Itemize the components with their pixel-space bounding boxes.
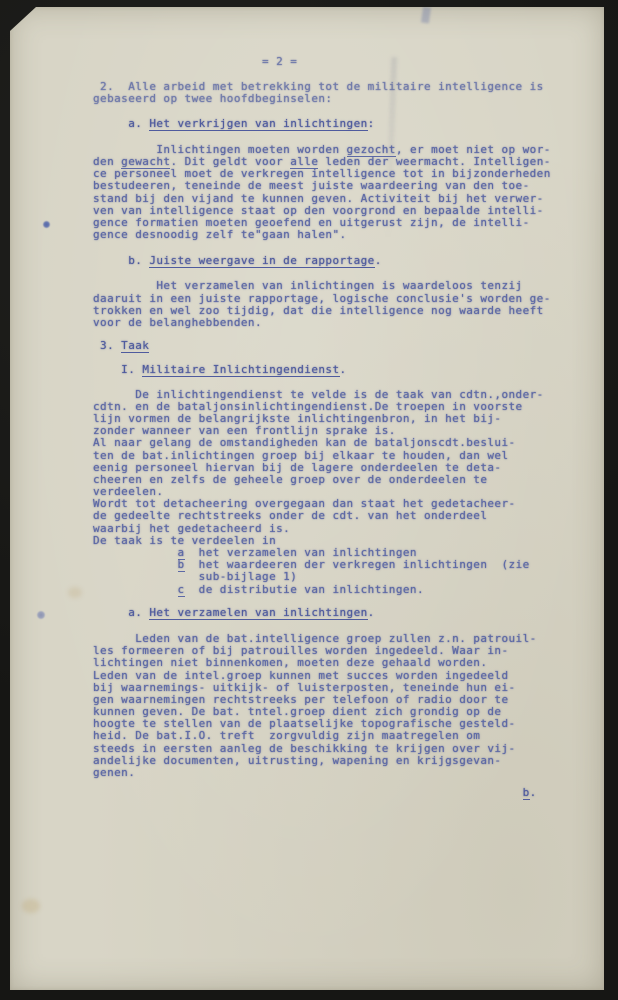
text-line: hoogte te stellen van de plaatselijke to… — [93, 717, 596, 729]
text-line: den gewacht. Dit geldt voor alle leden d… — [93, 155, 596, 167]
text-segment: gen waarnemingen rechtstreeks per telefo… — [93, 693, 509, 706]
text-line: De taak is te verdeelen in — [93, 534, 596, 546]
text-line: b het waardeeren der verkregen inlichtin… — [93, 558, 596, 570]
text-segment: . — [375, 254, 382, 267]
text-line: zonder wanneer van een frontlijn sprake … — [93, 424, 596, 436]
text-segment: steeds in eersten aanleg de beschikking … — [93, 742, 516, 755]
text-segment: ten de bat.inlichtingen groep bij elkaar… — [93, 449, 509, 462]
text-segment: daaruit in een juiste rapportage, logisc… — [93, 292, 551, 305]
text-line: Inlichtingen moeten worden gezocht, er m… — [93, 143, 596, 155]
text-segment: Inlichtingen moeten worden — [93, 143, 347, 156]
text-segment: voor de belanghebbenden. — [93, 316, 262, 329]
text-segment: waarbij het gedetacheerd is. — [93, 522, 290, 535]
text-segment: de distributie van inlichtingen. — [185, 583, 424, 596]
text-line: De inlichtingendienst te velde is de taa… — [93, 388, 596, 400]
text-line: c de distributie van inlichtingen. — [93, 583, 596, 595]
underlined-text: Juiste weergave in de rapportage — [149, 254, 374, 268]
text-line: 2. Alle arbeid met betrekking tot de mil… — [93, 80, 596, 92]
text-line: eenig personeel hiervan bij de lagere on… — [93, 461, 596, 473]
text-line: Het verzamelen van inlichtingen is waard… — [93, 279, 596, 291]
text-line: Wordt tot detacheering overgegaan dan st… — [93, 497, 596, 509]
text-segment: lichtingen niet binnenkomen, moeten deze… — [93, 656, 487, 669]
text-line: Al naar gelang de omstandigheden kan de … — [93, 436, 596, 448]
text-line: gence formatien moeten geoefend en uitge… — [93, 216, 596, 228]
underlined-text: Taak — [121, 339, 149, 353]
text-segment: andelijke documenten, uitrusting, wapeni… — [93, 754, 501, 767]
text-segment: lijn vormen de belangrijkste inlichtinge… — [93, 412, 501, 425]
text-line: ten de bat.inlichtingen groep bij elkaar… — [93, 449, 596, 461]
text-line: 3. Taak — [93, 339, 596, 351]
text-line: b. — [93, 786, 596, 798]
text-segment: 3. — [93, 339, 121, 352]
text-line: les formeeren of bij patrouilles worden … — [93, 644, 596, 656]
text-line: b. Juiste weergave in de rapportage. — [93, 254, 596, 266]
document-page: = 2 = 2. Alle arbeid met betrekking tot … — [10, 7, 604, 990]
text-line: verdeelen. — [93, 485, 596, 497]
text-line: a. Het verzamelen van inlichtingen. — [93, 606, 596, 618]
text-segment: sub-bijlage 1) — [93, 570, 297, 583]
text-segment: gence desnoodig zelf te"gaan halen". — [93, 228, 347, 241]
text-line: lichtingen niet binnenkomen, moeten deze… — [93, 656, 596, 668]
doc-block-heading: 3. Taak — [93, 339, 596, 351]
text-line: bij waarnemings- uitkijk- of luisterpost… — [93, 681, 596, 693]
text-segment: eenig personeel hiervan bij de lagere on… — [93, 461, 501, 474]
text-segment: gebaseerd op twee hoofdbeginselen: — [93, 92, 332, 105]
text-segment: , er moet niet op wor- — [396, 143, 551, 156]
underlined-text: Het verzamelen van inlichtingen — [149, 606, 367, 620]
text-segment: heid. De bat.I.O. treft zorgvuldig zijn … — [93, 729, 480, 742]
doc-block-paragraph: 2. Alle arbeid met betrekking tot de mil… — [93, 80, 596, 104]
underlined-text: c — [178, 583, 185, 597]
text-segment: genen. — [93, 766, 135, 779]
text-segment: : — [368, 117, 375, 130]
text-segment: . — [530, 786, 537, 799]
text-line: daaruit in een juiste rapportage, logisc… — [93, 292, 596, 304]
underlined-text: Het verkrijgen van inlichtingen — [149, 117, 367, 131]
text-segment: cdtn. en de bataljonsinlichtingendienst.… — [93, 400, 523, 413]
text-line: a. Het verkrijgen van inlichtingen: — [93, 117, 596, 129]
text-segment: = 2 = — [93, 55, 297, 68]
text-segment — [93, 583, 178, 596]
text-line: I. Militaire Inlichtingendienst. — [93, 363, 596, 375]
text-line: gen waarnemingen rechtstreeks per telefo… — [93, 693, 596, 705]
text-segment: cheeren en zelfs de geheele groep over d… — [93, 473, 487, 486]
doc-block-heading: b. Juiste weergave in de rapportage. — [93, 254, 596, 266]
text-segment: ven van intelligence staat op den voorgr… — [93, 204, 544, 217]
text-segment: a. — [93, 117, 149, 130]
text-segment: stand bij den vijand te kunnen geven. Ac… — [93, 192, 544, 205]
doc-block-paragraph: Inlichtingen moeten worden gezocht, er m… — [93, 143, 596, 241]
text-line: de gedeelte rechtstreeks onder de cdt. v… — [93, 509, 596, 521]
text-line: ce personeel moet de verkregen intellige… — [93, 167, 596, 179]
doc-block-catchword: b. — [93, 786, 596, 798]
text-segment: . — [340, 363, 347, 376]
underlined-text: b — [523, 786, 530, 800]
text-segment: Al naar gelang de omstandigheden kan de … — [93, 436, 516, 449]
photo-background: = 2 = 2. Alle arbeid met betrekking tot … — [0, 0, 618, 1000]
text-segment: . — [368, 606, 375, 619]
text-segment: bestudeeren, teneinde de meest juiste wa… — [93, 179, 530, 192]
text-line: gebaseerd op twee hoofdbeginselen: — [93, 92, 596, 104]
text-segment: Het verzamelen van inlichtingen is waard… — [93, 279, 523, 292]
text-segment: Leden van de bat.intelligence groep zull… — [93, 632, 537, 645]
text-line: cdtn. en de bataljonsinlichtingendienst.… — [93, 400, 596, 412]
text-line: genen. — [93, 766, 596, 778]
doc-block-heading: a. Het verzamelen van inlichtingen. — [93, 606, 596, 618]
doc-block-page-number: = 2 = — [93, 55, 596, 67]
text-line: heid. De bat.I.O. treft zorgvuldig zijn … — [93, 729, 596, 741]
text-line: cheeren en zelfs de geheele groep over d… — [93, 473, 596, 485]
doc-block-heading: I. Militaire Inlichtingendienst. — [93, 363, 596, 375]
text-line: ven van intelligence staat op den voorgr… — [93, 204, 596, 216]
typewritten-text: = 2 = 2. Alle arbeid met betrekking tot … — [10, 7, 604, 990]
text-line: Leden van de intel.groep kunnen met succ… — [93, 669, 596, 681]
text-segment: b. — [93, 254, 149, 267]
text-line: stand bij den vijand te kunnen geven. Ac… — [93, 192, 596, 204]
text-segment: . Dit geldt voor — [170, 155, 290, 168]
doc-block-paragraph: Het verzamelen van inlichtingen is waard… — [93, 279, 596, 328]
text-line: bestudeeren, teneinde de meest juiste wa… — [93, 179, 596, 191]
text-line: voor de belanghebbenden. — [93, 316, 596, 328]
text-line: trokken en wel zoo tijdig, dat die intel… — [93, 304, 596, 316]
text-segment: De inlichtingendienst te velde is de taa… — [93, 388, 544, 401]
text-line: a het verzamelen van inlichtingen — [93, 546, 596, 558]
text-segment — [93, 786, 523, 799]
text-line: Leden van de bat.intelligence groep zull… — [93, 632, 596, 644]
text-line: steeds in eersten aanleg de beschikking … — [93, 742, 596, 754]
text-line: sub-bijlage 1) — [93, 570, 596, 582]
text-line: andelijke documenten, uitrusting, wapeni… — [93, 754, 596, 766]
text-segment: Leden van de intel.groep kunnen met succ… — [93, 669, 509, 682]
text-segment: leden der weermacht. Intelligen- — [318, 155, 550, 168]
text-line: lijn vormen de belangrijkste inlichtinge… — [93, 412, 596, 424]
doc-block-paragraph: Leden van de bat.intelligence groep zull… — [93, 632, 596, 778]
text-segment: De taak is te verdeelen in — [93, 534, 276, 547]
text-line: waarbij het gedetacheerd is. — [93, 522, 596, 534]
text-segment: bij waarnemings- uitkijk- of luisterpost… — [93, 681, 516, 694]
underlined-text: Militaire Inlichtingendienst — [142, 363, 339, 377]
text-line: = 2 = — [93, 55, 596, 67]
text-segment: I. — [93, 363, 142, 376]
text-segment: den — [93, 155, 121, 168]
text-segment: gence formatien moeten geoefend en uitge… — [93, 216, 530, 229]
doc-block-paragraph: De inlichtingendienst te velde is de taa… — [93, 388, 596, 595]
text-segment: de gedeelte rechtstreeks onder de cdt. v… — [93, 509, 487, 522]
text-segment: a. — [93, 606, 149, 619]
text-line: gence desnoodig zelf te"gaan halen". — [93, 228, 596, 240]
doc-block-heading: a. Het verkrijgen van inlichtingen: — [93, 117, 596, 129]
text-line: kunnen geven. De bat. tntel.groep dient … — [93, 705, 596, 717]
text-segment: trokken en wel zoo tijdig, dat die intel… — [93, 304, 544, 317]
